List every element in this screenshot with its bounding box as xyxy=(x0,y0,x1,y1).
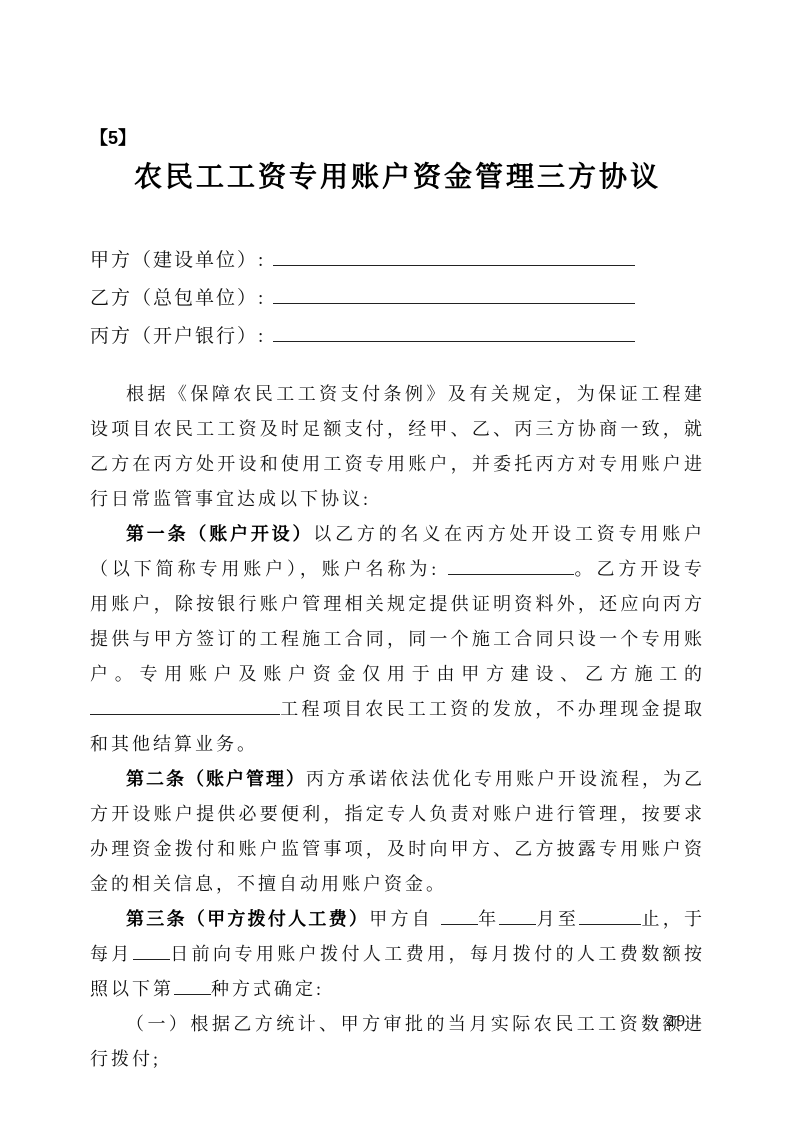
start-year-blank-field[interactable] xyxy=(441,908,478,925)
page-number: - 29 - xyxy=(652,1011,701,1031)
intro-paragraph: 根据《保障农民工工资支付条例》及有关规定，为保证工程建设项目农民工工资及时足额支… xyxy=(90,377,705,517)
item-1-paragraph: （一）根据乙方统计、甲方审批的当月实际农民工工资数额进行拨付; xyxy=(90,1007,705,1077)
item-1-text: （一）根据乙方统计、甲方审批的当月实际农民工工资数额进行拨付; xyxy=(90,1014,705,1069)
party-a-blank-field[interactable] xyxy=(273,247,635,266)
party-c-label: 丙方（开户银行）: xyxy=(90,326,265,347)
article-2-paragraph: 第二条（账户管理）丙方承诺依法优化专用账户开设流程，为乙方开设账户提供必要便利，… xyxy=(90,762,705,902)
article-3-text-1: 甲方自 xyxy=(369,909,441,929)
article-1-paragraph: 第一条（账户开设）以乙方的名义在丙方处开设工资专用账户（以下简称专用账户），账户… xyxy=(90,517,705,762)
article-3-text-2: 年 xyxy=(478,909,500,929)
method-number-blank-field[interactable] xyxy=(174,978,211,995)
document-page: 【5】 农民工工资专用账户资金管理三方协议 甲方（建设单位）: 乙方（总包单位）… xyxy=(0,0,793,1122)
day-of-month-blank-field[interactable] xyxy=(133,943,170,960)
doc-tag: 【5】 xyxy=(90,126,705,150)
parties-section: 甲方（建设单位）: 乙方（总包单位）: 丙方（开户银行）: xyxy=(90,242,705,356)
intro-text: 根据《保障农民工工资支付条例》及有关规定，为保证工程建设项目农民工工资及时足额支… xyxy=(90,384,705,509)
article-3-text-6: 种方式确定: xyxy=(211,979,324,999)
party-c-blank-field[interactable] xyxy=(273,323,635,342)
page-title: 农民工工资专用账户资金管理三方协议 xyxy=(90,160,705,196)
document-content: 【5】 农民工工资专用账户资金管理三方协议 甲方（建设单位）: 乙方（总包单位）… xyxy=(0,0,793,1077)
party-a-line: 甲方（建设单位）: xyxy=(90,242,705,280)
article-2-heading: 第二条（账户管理） xyxy=(126,769,306,789)
party-b-blank-field[interactable] xyxy=(273,285,635,304)
project-name-blank-field[interactable] xyxy=(90,698,280,715)
party-c-line: 丙方（开户银行）: xyxy=(90,318,705,356)
account-name-blank-field[interactable] xyxy=(448,558,574,575)
party-b-label: 乙方（总包单位）: xyxy=(90,288,265,309)
article-3-heading: 第三条（甲方拨付人工费） xyxy=(126,909,369,929)
end-date-blank-field[interactable] xyxy=(579,908,641,925)
article-3-text-3: 月至 xyxy=(536,909,579,929)
agreement-body: 根据《保障农民工工资支付条例》及有关规定，为保证工程建设项目农民工工资及时足额支… xyxy=(90,377,705,1077)
article-3-paragraph: 第三条（甲方拨付人工费）甲方自 年月至止，于每月日前向专用账户拨付人工费用，每月… xyxy=(90,902,705,1007)
party-a-label: 甲方（建设单位）: xyxy=(90,250,265,271)
party-b-line: 乙方（总包单位）: xyxy=(90,280,705,318)
start-month-blank-field[interactable] xyxy=(499,908,536,925)
article-1-heading: 第一条（账户开设） xyxy=(126,524,313,544)
